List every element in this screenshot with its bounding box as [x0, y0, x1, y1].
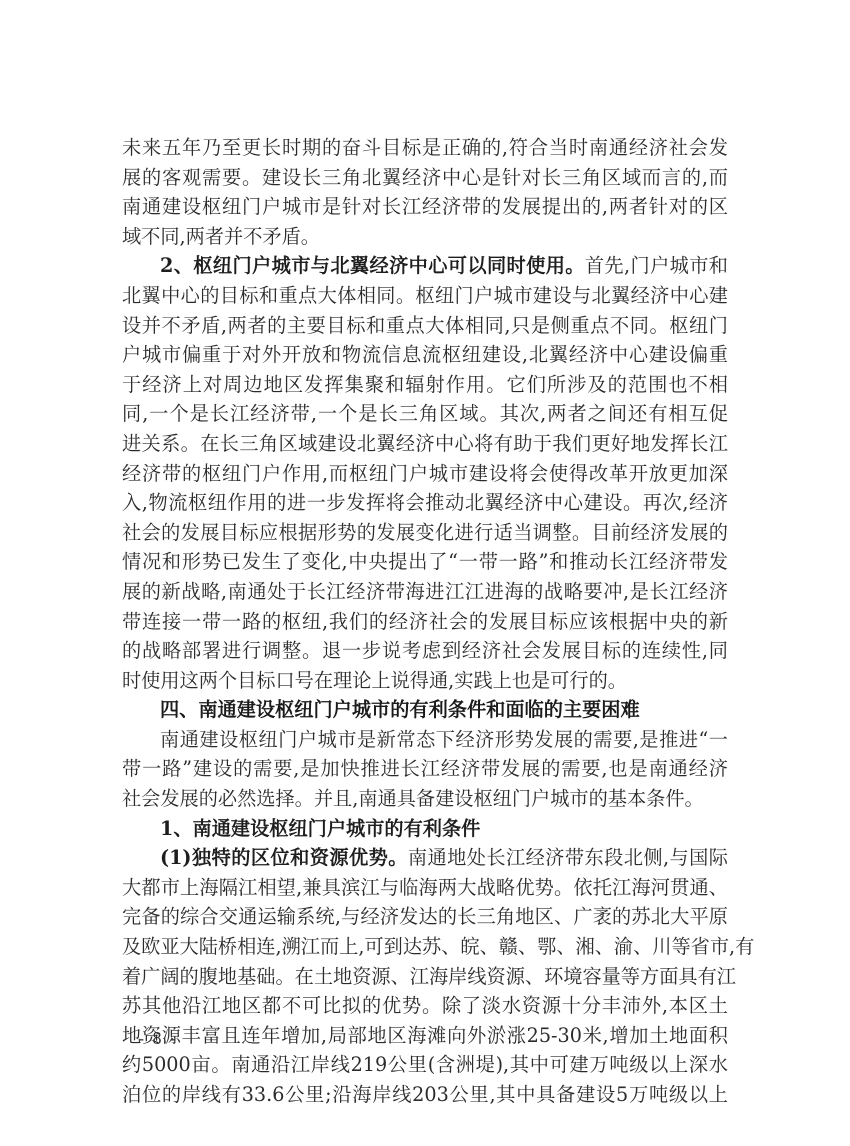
body-text: 未来五年乃至更长时期的奋斗目标是正确的,符合当时南通经济社会发 展的客观需要。建… [122, 133, 728, 1110]
section2-bold-lead: 2、枢纽门户城市与北翼经济中心可以同时使用。 [160, 254, 585, 277]
paragraph-line: 进关系。在长三角区域建设北翼经济中心将有助于我们更好地发挥长江 [122, 429, 728, 459]
paragraph-line: 约5000亩。南通沿江岸线219公里(含洲堤),其中可建万吨级以上深水 [122, 1050, 728, 1080]
paragraph-line: 同,一个是长江经济带,一个是长三角区域。其次,两者之间还有相互促 [122, 399, 728, 429]
section2-first-line: 2、枢纽门户城市与北翼经济中心可以同时使用。首先,门户城市和 [122, 251, 728, 281]
paragraph-line: 的战略部署进行调整。退一步说考虑到经济社会发展目标的连续性,同 [122, 636, 728, 666]
subsection-heading: 1、南通建设枢纽门户城市的有利条件 [122, 814, 728, 844]
paragraph-line: 域不同,两者并不矛盾。 [122, 222, 728, 252]
paragraph-line: 大都市上海隔江相望,兼具滨江与临海两大战略优势。依托江海河贯通、 [122, 873, 728, 903]
paragraph-line: 地资源丰富且连年增加,局部地区海滩向外淤涨25-30米,增加土地面积 [122, 1021, 728, 1051]
section2-first-line-rest: 首先,门户城市和 [585, 254, 728, 277]
page-number: - 8 - [138, 1028, 178, 1049]
paragraph-line: 未来五年乃至更长时期的奋斗目标是正确的,符合当时南通经济社会发 [122, 133, 728, 163]
paragraph-line: 设并不矛盾,两者的主要目标和重点大体相同,只是侧重点不同。枢纽门 [122, 311, 728, 341]
paragraph-line: 入,物流枢纽作用的进一步发挥将会推动北翼经济中心建设。再次,经济 [122, 488, 728, 518]
paragraph-line: 南通建设枢纽门户城市是新常态下经济形势发展的需要,是推进“一 [122, 725, 728, 755]
paragraph-line: 苏其他沿江地区都不可比拟的优势。除了淡水资源十分丰沛外,本区土 [122, 991, 728, 1021]
document-page: 未来五年乃至更长时期的奋斗目标是正确的,符合当时南通经济社会发 展的客观需要。建… [0, 0, 850, 1146]
paragraph-line: 带一路”建设的需要,是加快推进长江经济带发展的需要,也是南通经济 [122, 754, 728, 784]
paragraph-line: 泊位的岸线有33.6公里;沿海岸线203公里,其中具备建设5万吨级以上 [122, 1080, 728, 1110]
section-heading: 四、南通建设枢纽门户城市的有利条件和面临的主要困难 [122, 695, 728, 725]
paragraph-line: 时使用这两个目标口号在理论上说得通,实践上也是可行的。 [122, 666, 728, 696]
item1-first-line: (1)独特的区位和资源优势。南通地处长江经济带东段北侧,与国际 [122, 843, 728, 873]
paragraph-line: 及欧亚大陆桥相连,溯江而上,可到达苏、皖、赣、鄂、湘、渝、川等省市,有 [122, 932, 728, 962]
item1-first-line-rest: 南通地处长江经济带东段北侧,与国际 [408, 846, 728, 869]
paragraph-line: 完备的综合交通运输系统,与经济发达的长三角地区、广袤的苏北大平原 [122, 902, 728, 932]
paragraph-line: 社会发展的必然选择。并且,南通具备建设枢纽门户城市的基本条件。 [122, 784, 728, 814]
paragraph-line: 北翼中心的目标和重点大体相同。枢纽门户城市建设与北翼经济中心建 [122, 281, 728, 311]
paragraph-line: 展的新战略,南通处于长江经济带海进江江进海的战略要冲,是长江经济 [122, 577, 728, 607]
paragraph-line: 情况和形势已发生了变化,中央提出了“一带一路”和推动长江经济带发 [122, 547, 728, 577]
item1-bold-lead: (1)独特的区位和资源优势。 [160, 846, 408, 869]
paragraph-line: 着广阔的腹地基础。在土地资源、江海岸线资源、环境容量等方面具有江 [122, 962, 728, 992]
paragraph-line: 社会的发展目标应根据形势的发展变化进行适当调整。目前经济发展的 [122, 518, 728, 548]
paragraph-line: 经济带的枢纽门户作用,而枢纽门户城市建设将会使得改革开放更加深 [122, 459, 728, 489]
paragraph-line: 带连接一带一路的枢纽,我们的经济社会的发展目标应该根据中央的新 [122, 607, 728, 637]
paragraph-line: 南通建设枢纽门户城市是针对长江经济带的发展提出的,两者针对的区 [122, 192, 728, 222]
paragraph-line: 于经济上对周边地区发挥集聚和辐射作用。它们所涉及的范围也不相 [122, 370, 728, 400]
paragraph-line: 户城市偏重于对外开放和物流信息流枢纽建设,北翼经济中心建设偏重 [122, 340, 728, 370]
paragraph-line: 展的客观需要。建设长三角北翼经济中心是针对长三角区域而言的,而 [122, 163, 728, 193]
